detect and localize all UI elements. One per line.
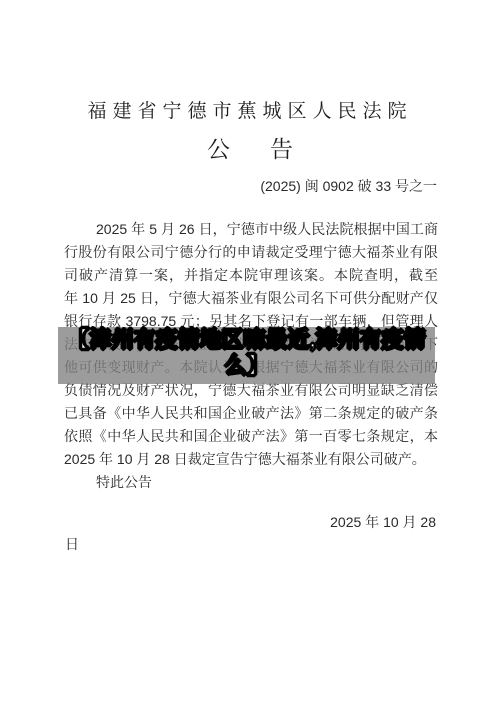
body-line: 依照《中华人民共和国企业破产法》第一百零七条规定，本院于 [64, 425, 438, 448]
body-line: 行股份有限公司宁德分行的申请裁定受理宁德大福茶业有限公 [64, 241, 438, 264]
caption-overlay: 【漳州有疫情地区嘛最近,漳州有疫情 么】 [58, 327, 435, 384]
body-line: 年 10 月 25 日，宁德大福茶业有限公司名下可供分配财产仅有 [64, 287, 438, 310]
caption-line-2: 么】 [58, 353, 435, 379]
caption-line-1: 【漳州有疫情地区嘛最近,漳州有疫情 [58, 327, 435, 353]
body-line: 2025 年 10 月 28 日裁定宣告宁德大福茶业有限公司破产。 [64, 448, 438, 471]
issue-date-overflow: 日 [65, 534, 79, 554]
notice-title: 公告 [0, 131, 500, 164]
body-line: 已具备《中华人民共和国企业破产法》第二条规定的破产条件。 [64, 402, 438, 425]
body-line: 2025 年 5 月 26 日，宁德市中级人民法院根据中国工商银 [64, 218, 438, 241]
court-notice-page: 福建省宁德市蕉城区人民法院 公告 (2025) 闽 0902 破 33 号之一 … [0, 0, 500, 706]
notice-title-char-2: 告 [270, 137, 293, 162]
body-line: 司破产清算一案，并指定本院审理该案。本院查明，截至 2025 [64, 264, 438, 287]
court-name-title: 福建省宁德市蕉城区人民法院 [0, 96, 500, 123]
case-number: (2025) 闽 0902 破 33 号之一 [260, 176, 437, 196]
closing-line: 特此公告 [64, 471, 438, 494]
notice-title-char-1: 公 [207, 137, 230, 162]
issue-date-line: 2025 年 10 月 28 [330, 512, 436, 532]
